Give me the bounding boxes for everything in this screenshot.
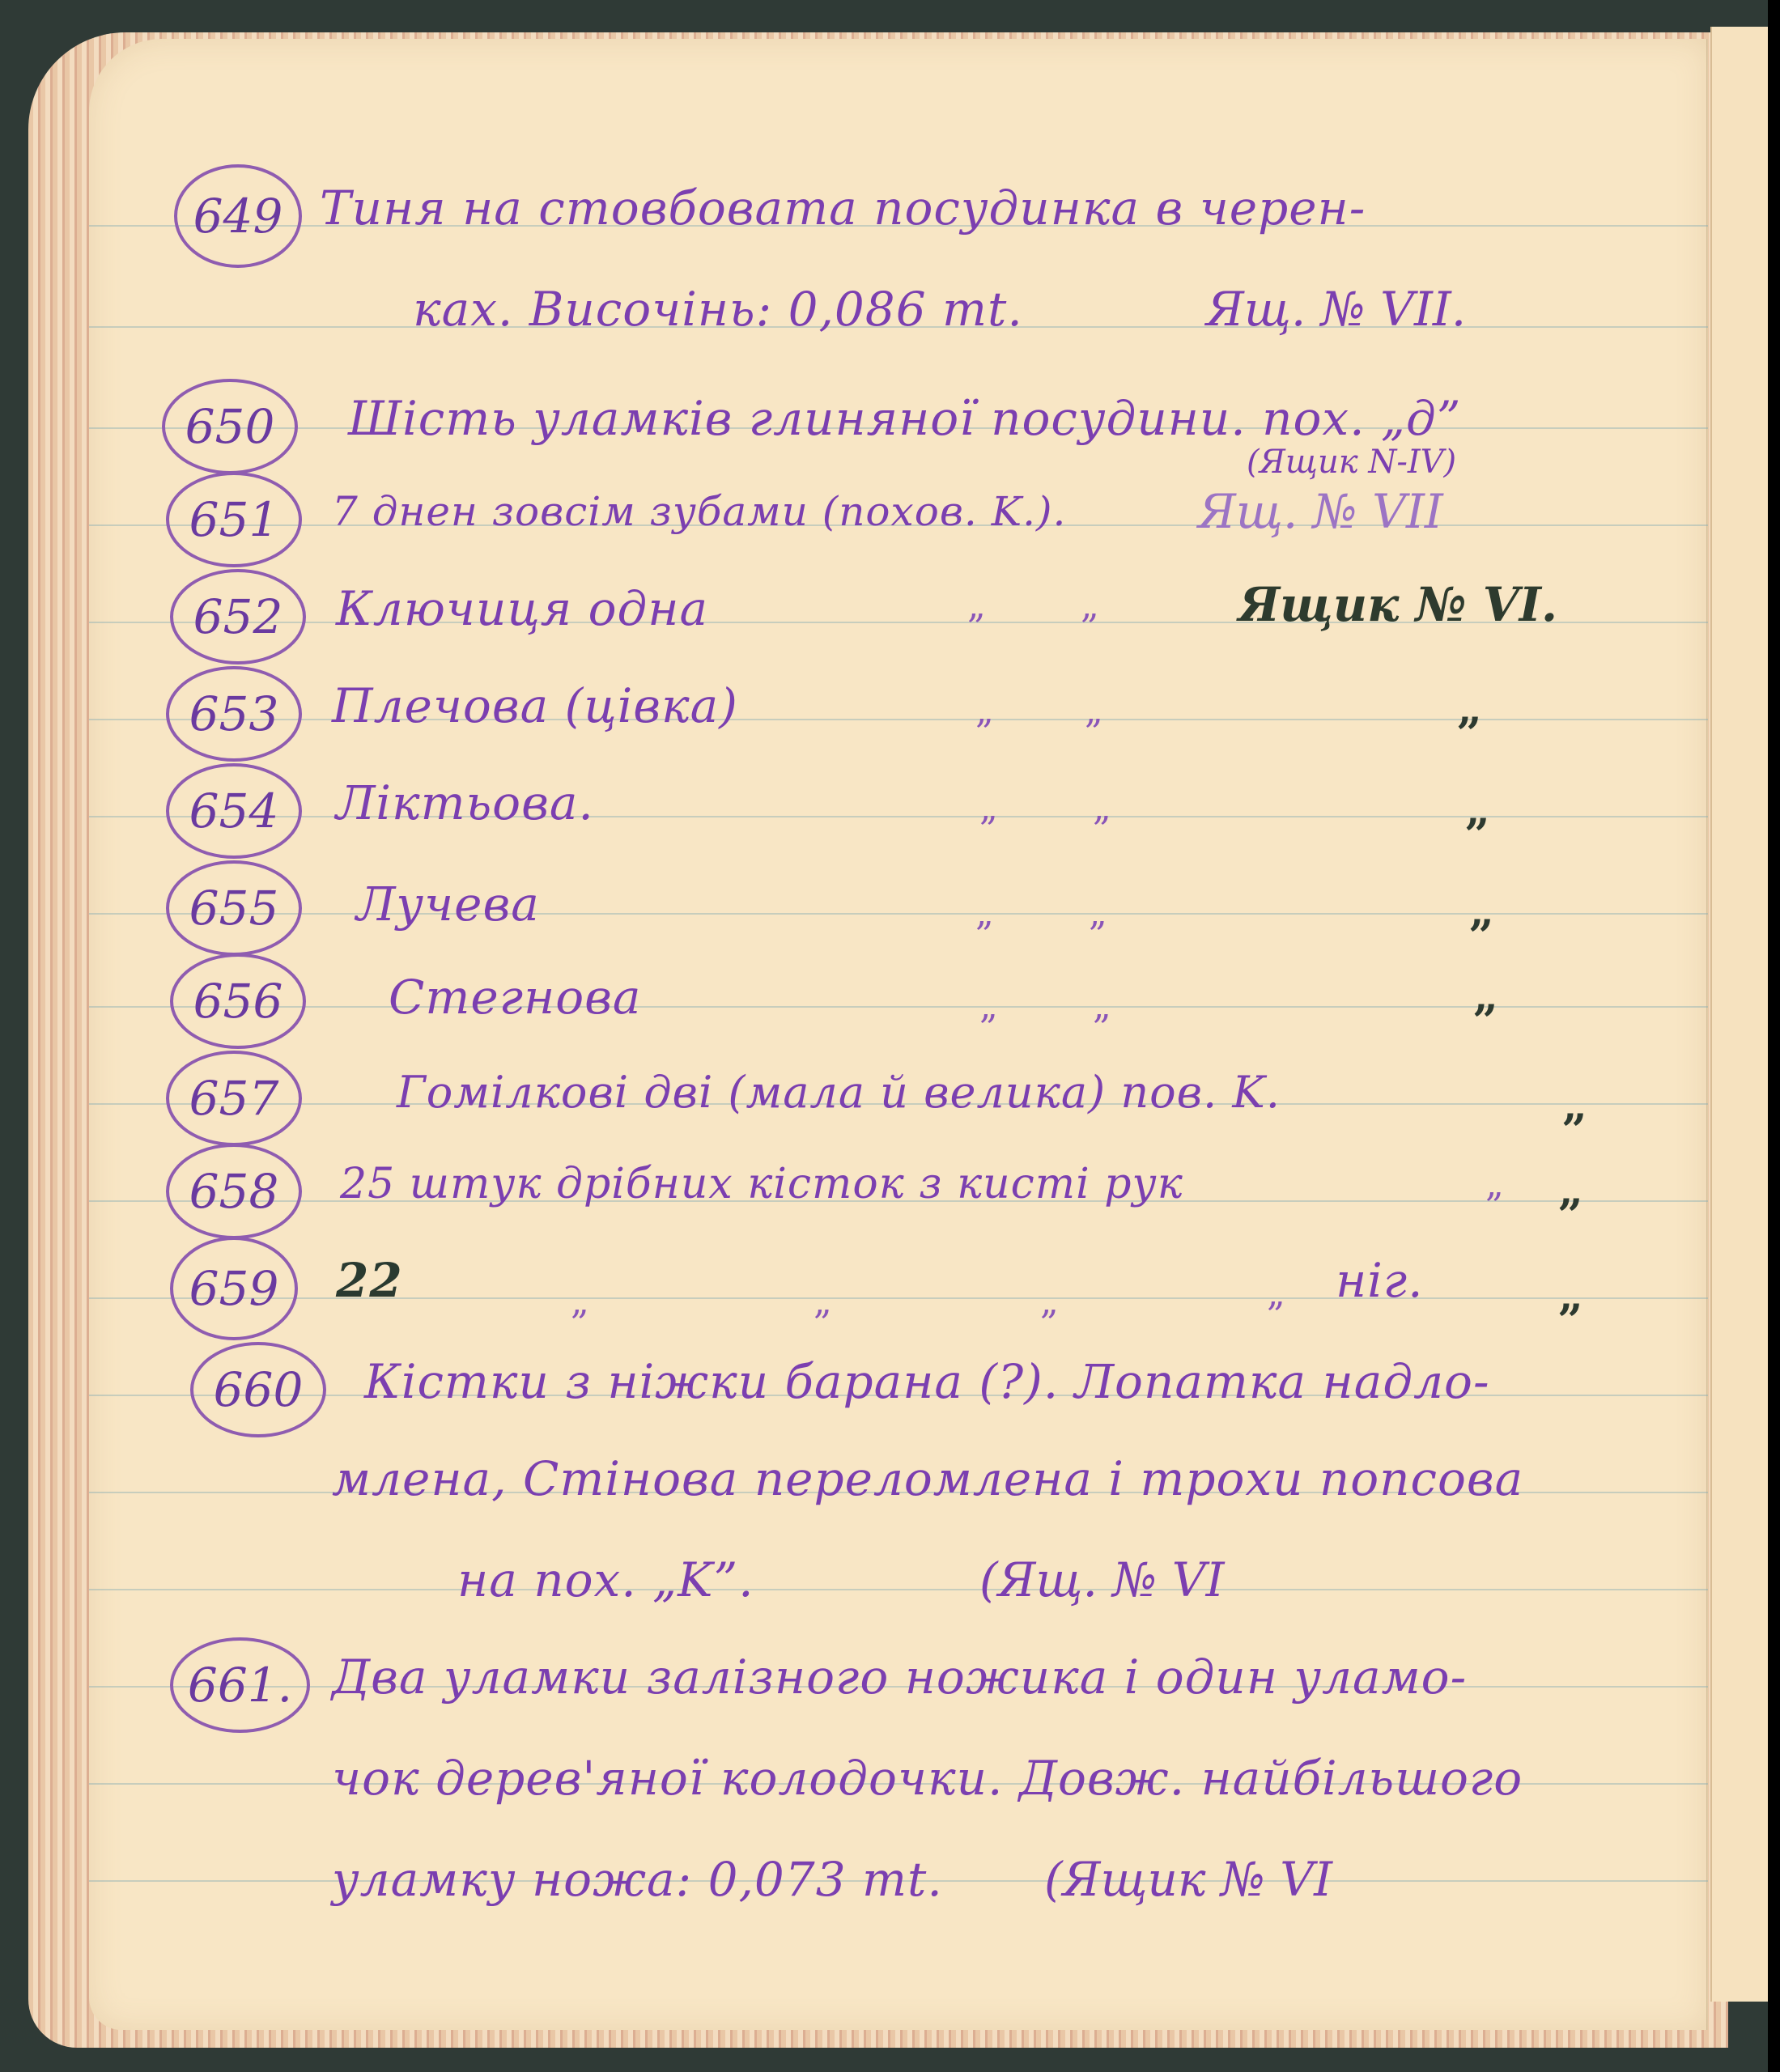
- entry-number-circle: 661.: [170, 1637, 310, 1733]
- notebook-page: 649 Тиня на стовбовата посудинка в черен…: [89, 39, 1708, 2030]
- entry-text-line: ніг.: [1336, 1253, 1424, 1308]
- entry-text-line: 25 штук дрібних кісток з кисті рук: [340, 1160, 1183, 1208]
- ruled-line: [89, 1297, 1708, 1299]
- ditto-mark: „: [979, 986, 998, 1027]
- ditto-mark: „: [1558, 1269, 1583, 1321]
- entry-number-circle: 650: [162, 379, 298, 474]
- next-page-edge: [1710, 27, 1770, 2002]
- entry-number-circle: 660: [190, 1342, 326, 1437]
- entry-text-line: чок дерев'яної колодочки. Довж. найбільш…: [332, 1751, 1523, 1806]
- entry-text-line: Два уламки залізного ножика і один уламо…: [332, 1650, 1467, 1705]
- box-reference: Ящ. № VII.: [1206, 282, 1466, 337]
- ruled-line: [89, 913, 1708, 915]
- entry-number-circle: 655: [166, 860, 302, 956]
- ditto-mark: „: [1093, 986, 1111, 1027]
- ditto-mark: „: [1465, 783, 1490, 835]
- ditto-mark: „: [967, 585, 986, 626]
- ditto-mark: „: [1469, 885, 1494, 936]
- box-reference: (Ящик № VI: [1044, 1852, 1332, 1907]
- entry-text-line: 22: [336, 1253, 403, 1308]
- ditto-mark: „: [975, 893, 994, 934]
- ruled-line: [89, 1006, 1708, 1008]
- entry-number-circle: 659: [170, 1237, 298, 1340]
- entry-text-line: Кістки з ніжки барана (?). Лопатка надло…: [364, 1354, 1490, 1409]
- entry-text-line: млена, Стінова переломлена і трохи попсо…: [332, 1451, 1523, 1506]
- entry-text-line: Гомілкові дві (мала й велика) пов. K.: [397, 1067, 1281, 1118]
- entry-text-line: уламку ножа: 0,073 mt.: [332, 1852, 943, 1907]
- entry-text-line: Тиня на стовбовата посудинка в черен-: [320, 180, 1366, 236]
- entry-text-line: Ключиця одна: [336, 581, 708, 636]
- box-reference: Ящик № VI.: [1238, 577, 1557, 632]
- entry-text-line: Шість уламків глиняної посудини. пох. „д…: [348, 391, 1461, 446]
- entry-text-line: Стегнова: [389, 970, 641, 1025]
- entry-text-line: Ліктьова.: [336, 775, 594, 830]
- ditto-mark: „: [979, 788, 998, 829]
- ditto-mark: „: [1081, 585, 1099, 626]
- ditto-mark: „: [1093, 788, 1111, 829]
- scan-border: [1768, 0, 1780, 2072]
- entry-number-circle: 651: [166, 472, 302, 567]
- entry-text-line: ках. Височінь: 0,086 mt.: [413, 282, 1023, 337]
- ditto-mark: „: [814, 1281, 832, 1323]
- entry-number-circle: 658: [166, 1144, 302, 1239]
- ditto-mark: „: [571, 1281, 589, 1323]
- entry-text-line: Плечова (цівка): [332, 678, 738, 733]
- entry-text-line: на пох. „K”.: [457, 1552, 754, 1607]
- box-reference: Ящ. № VII: [1198, 484, 1443, 539]
- ditto-mark: „: [1485, 1164, 1504, 1205]
- box-reference: (Ящ. № VI: [979, 1552, 1225, 1607]
- ditto-mark: „: [1558, 1164, 1583, 1216]
- entry-number-circle: 657: [166, 1051, 302, 1146]
- entry-number-circle: 653: [166, 666, 302, 762]
- ditto-mark: „: [1562, 1079, 1587, 1131]
- ditto-mark: „: [975, 690, 994, 732]
- entry-text-line: Лучева: [356, 877, 540, 932]
- ditto-mark: „: [1267, 1273, 1285, 1314]
- entry-number-circle: 649: [174, 164, 302, 268]
- ruled-line: [89, 1589, 1708, 1590]
- page-fold: [1706, 39, 1708, 2030]
- entry-number-circle: 654: [166, 763, 302, 859]
- entry-number-circle: 656: [170, 953, 306, 1049]
- ditto-mark: „: [1457, 682, 1482, 734]
- entry-text-line: 7 днен зовсім зубами (похов. K.).: [332, 488, 1066, 535]
- ditto-mark: „: [1473, 970, 1498, 1021]
- ditto-mark: „: [1089, 893, 1107, 934]
- ditto-mark: „: [1085, 690, 1103, 732]
- ditto-mark: „: [1040, 1281, 1059, 1323]
- box-reference: (Ящик N-IV): [1247, 444, 1456, 481]
- entry-number-circle: 652: [170, 569, 306, 664]
